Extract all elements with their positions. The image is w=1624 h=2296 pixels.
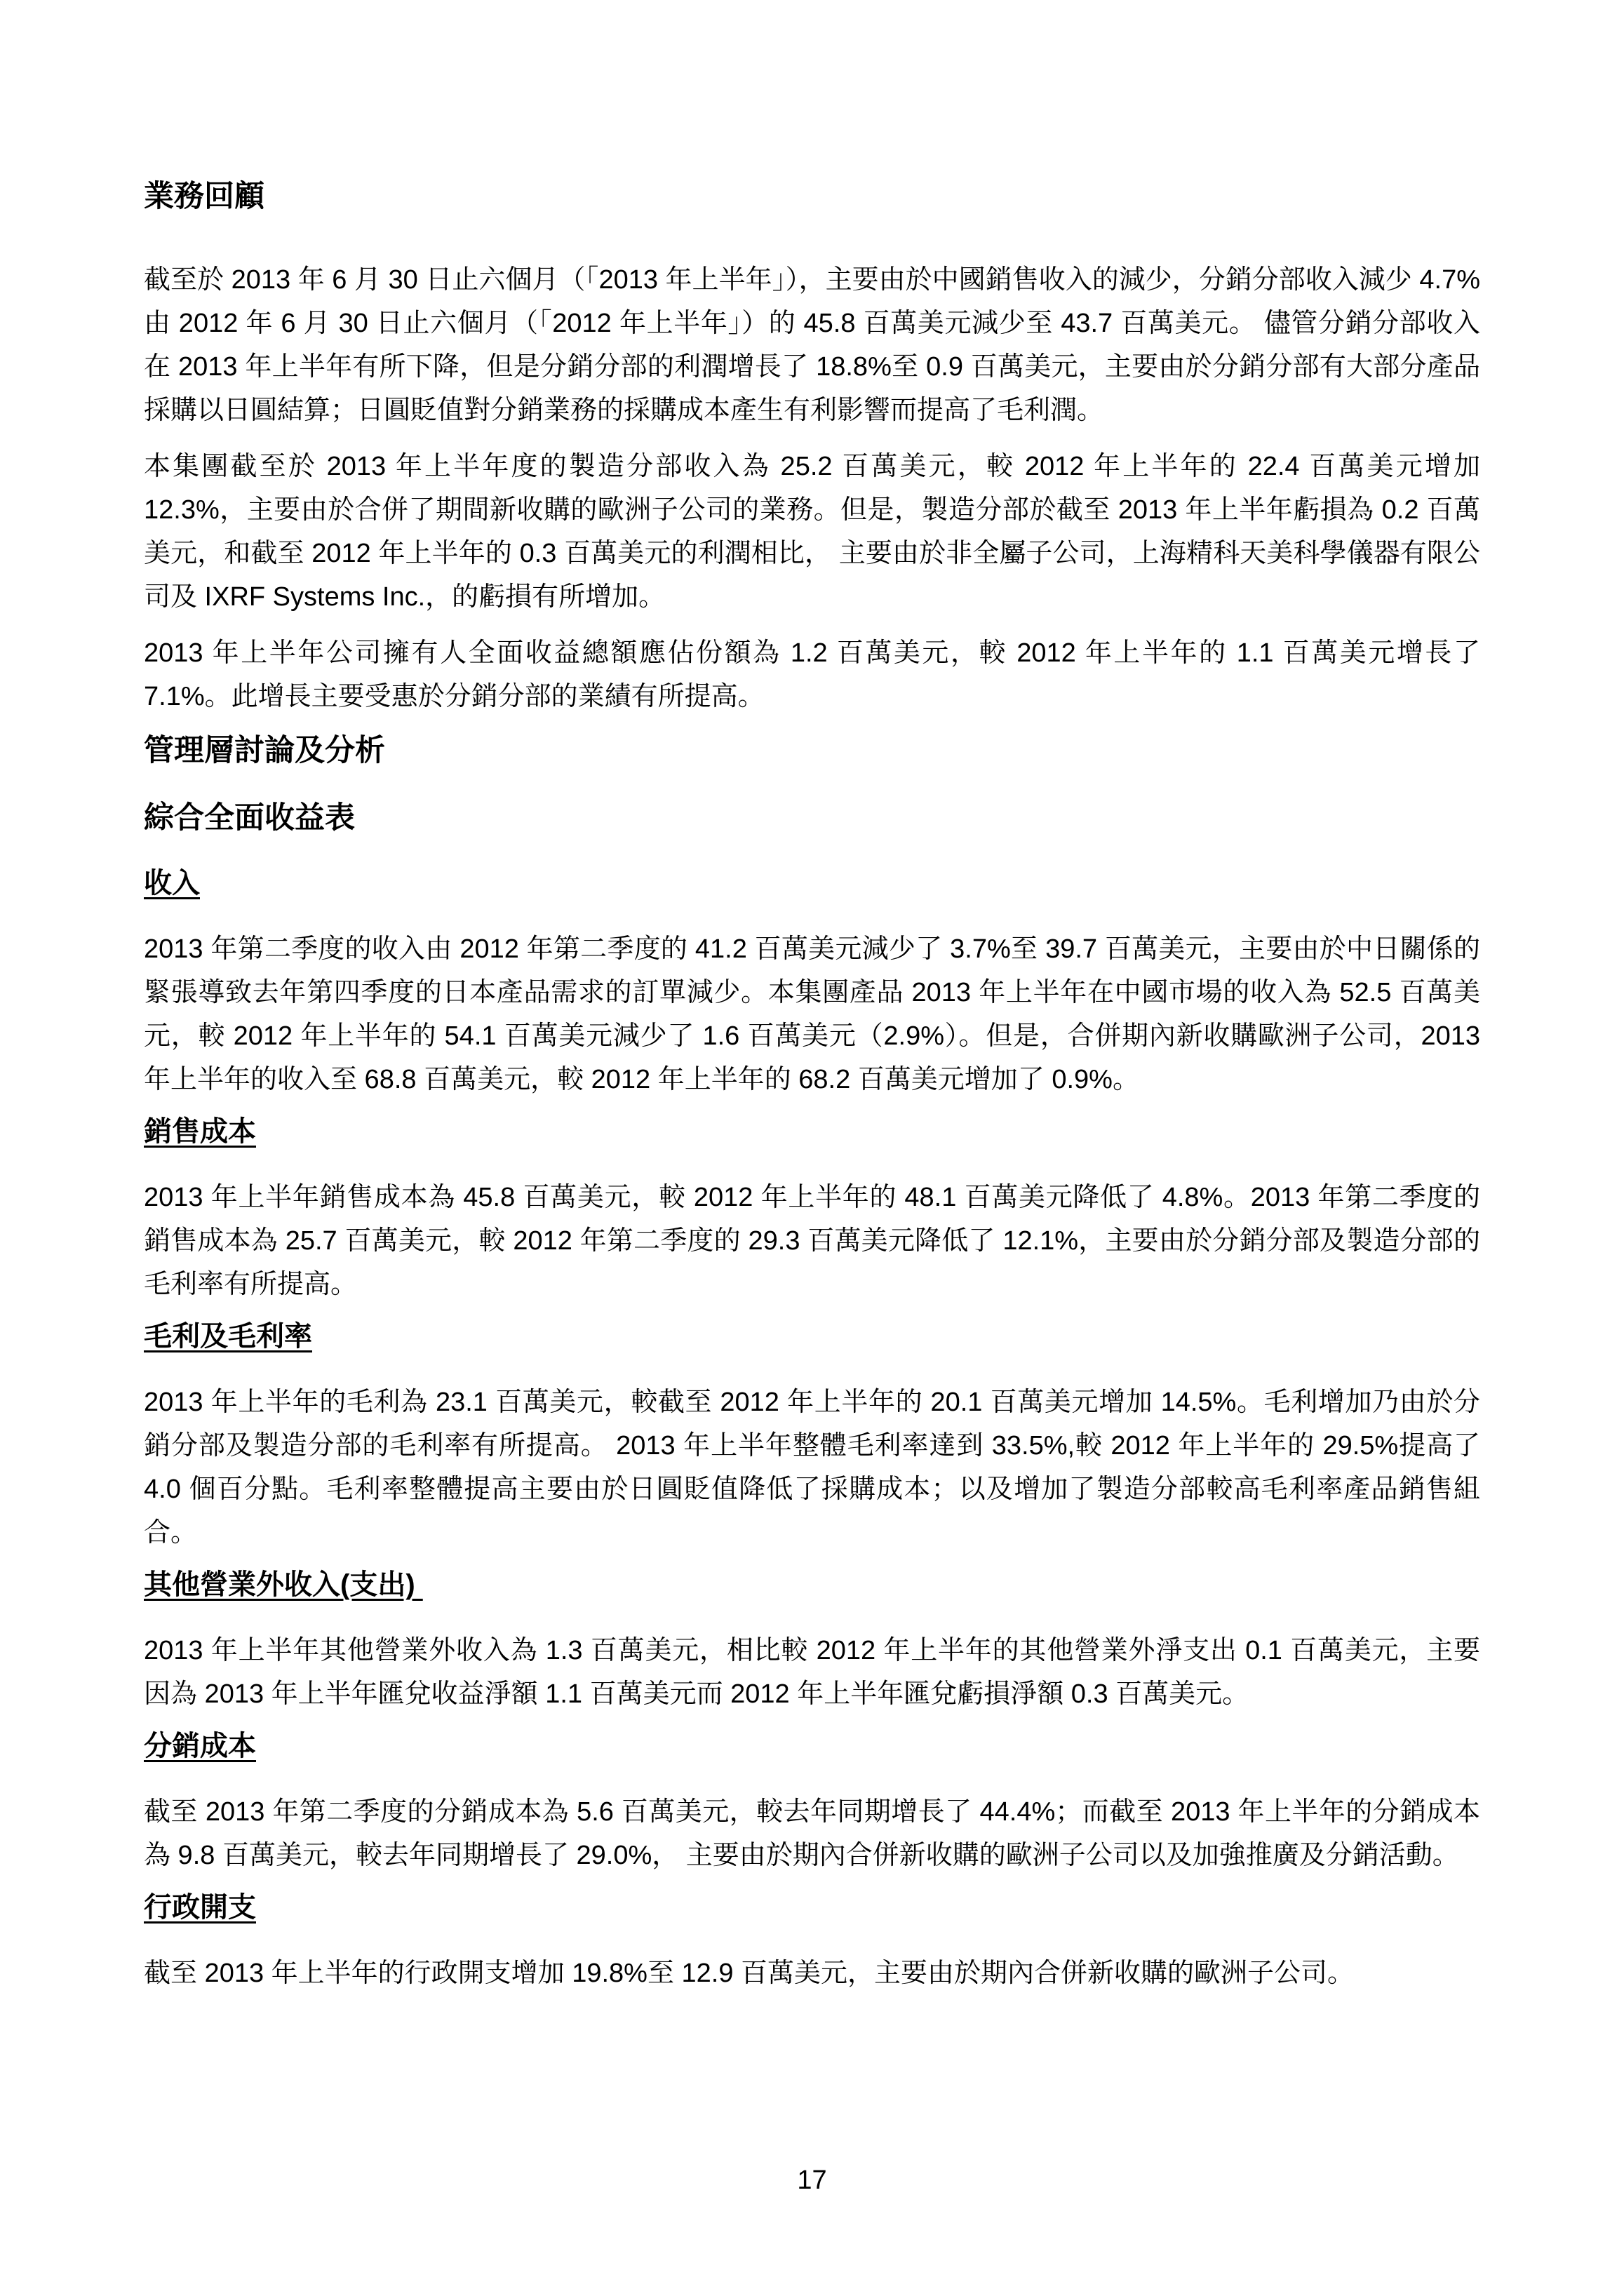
heading-comprehensive-income-statement: 綜合全面收益表 <box>144 798 1480 838</box>
page-footer: 17 <box>0 2164 1624 2196</box>
subheading-administrative-expenses: 行政開支 <box>144 1890 1480 1925</box>
page-number: 17 <box>797 2166 826 2195</box>
paragraph-distribution-segment-revenue: 截至於 2013 年 6 月 30 日止六個月（「2013 年上半年」），主要由… <box>144 258 1480 432</box>
paragraph-manufacturing-segment-revenue: 本集團截至於 2013 年上半年度的製造分部收入為 25.2 百萬美元，較 20… <box>144 445 1480 619</box>
document-page: 業務回顧 截至於 2013 年 6 月 30 日止六個月（「2013 年上半年」… <box>0 0 1624 2296</box>
subheading-distribution-costs: 分銷成本 <box>144 1728 1480 1764</box>
paragraph-other-non-operating-income-expense: 2013 年上半年其他營業外收入為 1.3 百萬美元，相比較 2012 年上半年… <box>144 1629 1480 1716</box>
paragraph-gross-profit-margin: 2013 年上半年的毛利為 23.1 百萬美元，較截至 2012 年上半年的 2… <box>144 1381 1480 1555</box>
subheading-revenue: 收入 <box>144 866 1480 901</box>
subheading-cost-of-sales: 銷售成本 <box>144 1114 1480 1149</box>
subheading-gross-profit-margin: 毛利及毛利率 <box>144 1319 1480 1354</box>
paragraph-cost-of-sales: 2013 年上半年銷售成本為 45.8 百萬美元，較 2012 年上半年的 48… <box>144 1176 1480 1306</box>
heading-business-review: 業務回顧 <box>144 177 1480 216</box>
paragraph-revenue: 2013 年第二季度的收入由 2012 年第二季度的 41.2 百萬美元減少了 … <box>144 927 1480 1101</box>
subheading-other-non-operating-income-expense: 其他營業外收入(支出) <box>144 1567 1480 1602</box>
paragraph-total-comprehensive-income: 2013 年上半年公司擁有人全面收益總額應佔份額為 1.2 百萬美元，較 201… <box>144 631 1480 718</box>
heading-management-discussion-analysis: 管理層討論及分析 <box>144 731 1480 770</box>
paragraph-administrative-expenses: 截至 2013 年上半年的行政開支增加 19.8%至 12.9 百萬美元，主要由… <box>144 1952 1480 1995</box>
document-content: 業務回顧 截至於 2013 年 6 月 30 日止六個月（「2013 年上半年」… <box>144 177 1480 2008</box>
paragraph-distribution-costs: 截至 2013 年第二季度的分銷成本為 5.6 百萬美元，較去年同期增長了 44… <box>144 1790 1480 1877</box>
